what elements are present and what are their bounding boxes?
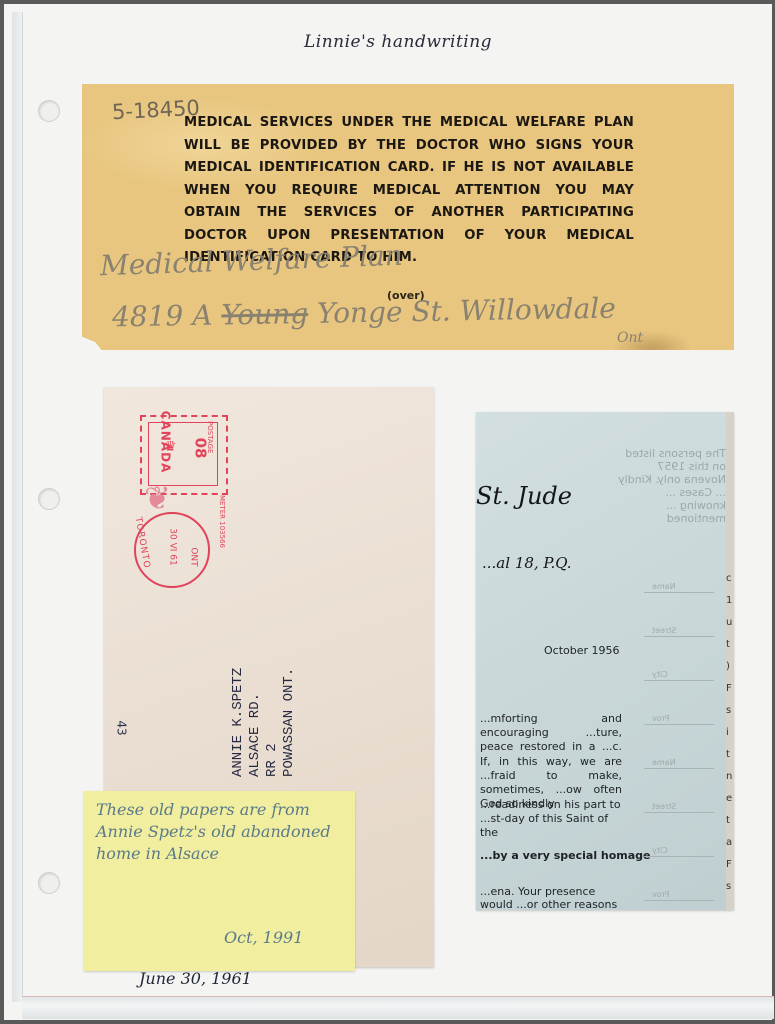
leaflet-bleedthrough-text: The persons listed on this 1957 Novena o… — [616, 447, 726, 525]
form-line — [644, 768, 714, 769]
meter-id: METER 103566 — [218, 495, 226, 548]
sleeve-binding-edge — [12, 12, 23, 1002]
leaflet-paragraph-3: ...ena. Your presence would ...or other … — [480, 885, 622, 910]
edge-letter: i — [726, 726, 734, 740]
edge-letter: ) — [726, 660, 734, 674]
card-handwritten-address: 4819 A Young Yonge St. Willowdale — [112, 292, 616, 334]
card-handwritten-plan-name: Medical Welfare Plan — [100, 239, 404, 283]
edge-letter: a — [726, 836, 734, 850]
address-number: 4819 A — [112, 299, 213, 334]
binder-hole — [38, 872, 60, 894]
edge-letter: s — [726, 704, 734, 718]
form-label: Street — [652, 802, 676, 811]
postmark-date: 30 VI 61 — [168, 528, 178, 565]
edge-letter: 1 — [726, 594, 734, 608]
edge-letter: s — [726, 880, 734, 894]
form-line — [644, 592, 714, 593]
form-line — [644, 680, 714, 681]
edge-letter: t — [726, 748, 734, 762]
leaflet-title: St. Jude — [476, 482, 572, 510]
edge-letter: u — [726, 616, 734, 630]
form-label: City — [652, 670, 668, 679]
recipient-address: ANNIE K.SPETZ ALSACE RD. RR 2 POWASSAN O… — [230, 637, 330, 777]
leaflet-paragraph-1: ...mforting and encouraging ...ture, pea… — [480, 712, 622, 811]
binder-hole — [38, 100, 60, 122]
leaflet-paragraph-2: ...readiness on his part to ...st-day of… — [480, 798, 622, 841]
form-label: City — [652, 846, 668, 855]
edge-letter: c — [726, 572, 734, 586]
address-street: Yonge St. Willowdale — [317, 292, 616, 330]
form-label: Prov — [652, 714, 669, 723]
leaflet-bold-line: ...by a very special homage — [480, 849, 651, 862]
album-page: Linnie's handwriting 5-18450 MEDICAL SER… — [4, 4, 772, 1020]
st-jude-leaflet: The persons listed on this 1957 Novena o… — [476, 412, 734, 910]
sticky-note-text: These old papers are from Annie Spetz's … — [96, 799, 346, 865]
postmark-province: ONT — [189, 547, 199, 566]
binder-hole — [38, 488, 60, 510]
form-line — [644, 856, 714, 857]
struck-street: Young — [221, 297, 308, 332]
form-label: Name — [652, 582, 676, 591]
form-line — [644, 812, 714, 813]
form-label: Prov — [652, 890, 669, 899]
postmark-city: TORONTO — [133, 516, 152, 569]
medical-welfare-card: 5-18450 MEDICAL SERVICES UNDER THE MEDIC… — [82, 84, 734, 350]
form-line — [644, 636, 714, 637]
edge-letter: e — [726, 792, 734, 806]
edge-letter: t — [726, 814, 734, 828]
sticky-note: These old papers are from Annie Spetz's … — [84, 791, 355, 971]
form-label: Street — [652, 626, 676, 635]
sleeve-bottom-edge — [22, 996, 774, 1019]
leaflet-location: ...al 18, P.Q. — [482, 554, 572, 572]
form-label: Name — [652, 758, 676, 767]
form-line — [644, 900, 714, 901]
address-lines: ANNIE K.SPETZ ALSACE RD. RR 2 POWASSAN O… — [230, 668, 298, 777]
edge-letter: n — [726, 770, 734, 784]
stamp-value: 08 — [191, 438, 209, 459]
card-handwritten-province: Ont — [617, 330, 643, 346]
page-heading-handwritten: Linnie's handwriting — [304, 32, 492, 52]
postmark: TORONTO 30 VI 61 ONT — [134, 512, 210, 588]
form-line — [644, 724, 714, 725]
edge-letter: F — [726, 858, 734, 872]
envelope-number-mark: 43 — [115, 720, 129, 735]
edge-letter: F — [726, 682, 734, 696]
sticky-note-date: Oct, 1991 — [224, 928, 303, 947]
edge-letter: t — [726, 638, 734, 652]
leaflet-edge-letters: c1ut)FsitnetaFs — [726, 572, 734, 902]
crown-icon: ♛ — [164, 439, 177, 455]
handwritten-date-note: June 30, 1961 — [139, 969, 252, 988]
leaflet-date: October 1956 — [544, 644, 620, 657]
